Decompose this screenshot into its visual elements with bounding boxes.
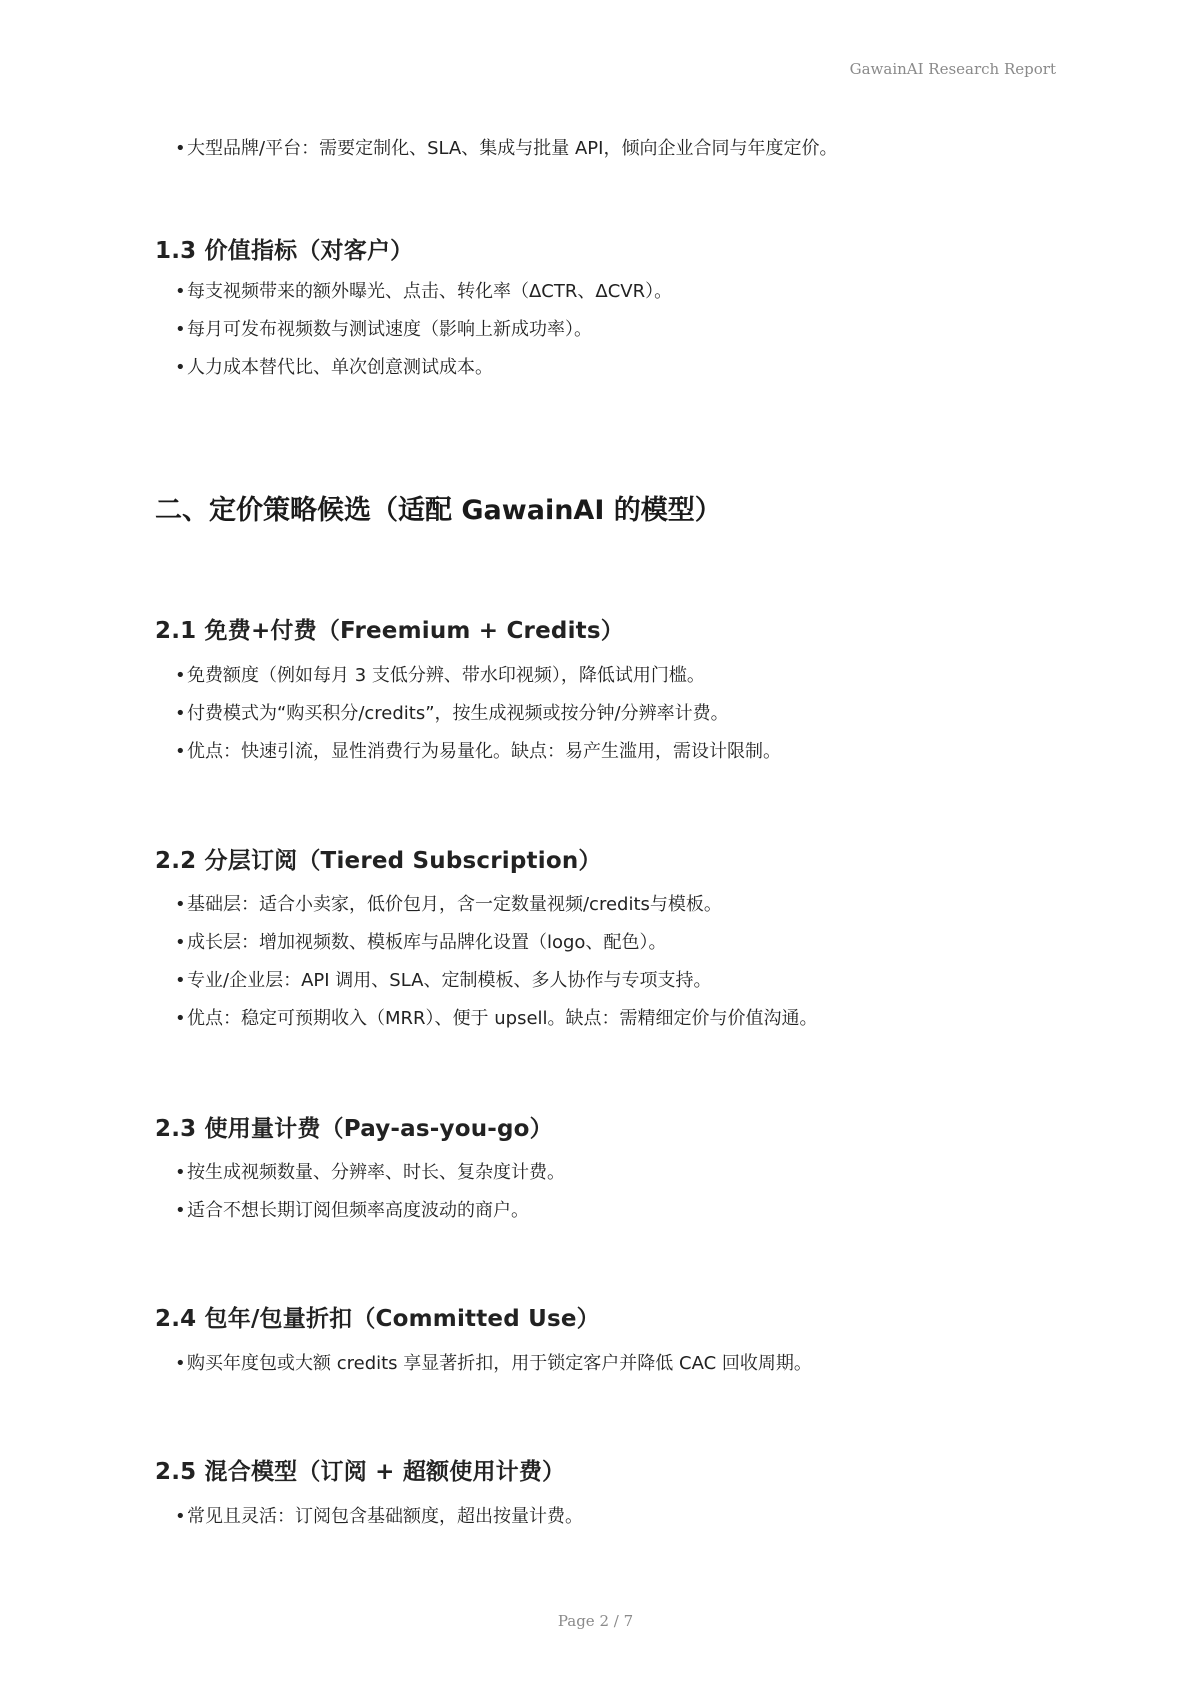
list-item: •成长层：增加视频数、模板库与品牌化设置（logo、配色）。 <box>155 924 1055 962</box>
bullet-icon: • <box>175 1345 187 1383</box>
section-2-3-list: •按生成视频数量、分辨率、时长、复杂度计费。 •适合不想长期订阅但频率高度波动的… <box>155 1154 1055 1230</box>
list-item: •常见且灵活：订阅包含基础额度，超出按量计费。 <box>155 1498 1055 1536</box>
page-number: Page 2 / 7 <box>0 1612 1191 1630</box>
list-item: •付费模式为“购买积分/credits”，按生成视频或按分钟/分辨率计费。 <box>155 695 1055 733</box>
bullet-icon: • <box>175 733 187 771</box>
section-2-1-list: •免费额度（例如每月 3 支低分辨、带水印视频），降低试用门槛。 •付费模式为“… <box>155 657 1055 771</box>
list-item: •人力成本替代比、单次创意测试成本。 <box>155 349 1055 387</box>
list-item: •每月可发布视频数与测试速度（影响上新成功率）。 <box>155 311 1055 349</box>
chapter-heading-2: 二、定价策略候选（适配 GawainAI 的模型） <box>155 488 1055 527</box>
list-item: •免费额度（例如每月 3 支低分辨、带水印视频），降低试用门槛。 <box>155 657 1055 695</box>
bullet-icon: • <box>175 695 187 733</box>
bullet-icon: • <box>175 1192 187 1230</box>
section-heading-2-2: 2.2 分层订阅（Tiered Subscription） <box>155 842 1055 875</box>
bullet-icon: • <box>175 311 187 349</box>
list-item: •按生成视频数量、分辨率、时长、复杂度计费。 <box>155 1154 1055 1192</box>
bullet-icon: • <box>175 130 187 168</box>
bullet-icon: • <box>175 1498 187 1536</box>
section-heading-2-3: 2.3 使用量计费（Pay-as-you-go） <box>155 1110 1055 1143</box>
section-1-3-list: •每支视频带来的额外曝光、点击、转化率（ΔCTR、ΔCVR）。 •每月可发布视频… <box>155 273 1055 387</box>
list-item: •优点：稳定可预期收入（MRR）、便于 upsell。缺点：需精细定价与价值沟通… <box>155 1000 1055 1038</box>
bullet-icon: • <box>175 1000 187 1038</box>
bullet-icon: • <box>175 924 187 962</box>
intro-list: •大型品牌/平台：需要定制化、SLA、集成与批量 API，倾向企业合同与年度定价… <box>155 130 1055 168</box>
section-2-4-list: •购买年度包或大额 credits 享显著折扣，用于锁定客户并降低 CAC 回收… <box>155 1345 1055 1383</box>
list-item: •每支视频带来的额外曝光、点击、转化率（ΔCTR、ΔCVR）。 <box>155 273 1055 311</box>
section-heading-1-3: 1.3 价值指标（对客户） <box>155 232 1055 265</box>
list-item: •基础层：适合小卖家，低价包月，含一定数量视频/credits与模板。 <box>155 886 1055 924</box>
bullet-icon: • <box>175 886 187 924</box>
bullet-icon: • <box>175 962 187 1000</box>
section-heading-2-5: 2.5 混合模型（订阅 + 超额使用计费） <box>155 1453 1055 1486</box>
section-2-5-list: •常见且灵活：订阅包含基础额度，超出按量计费。 <box>155 1498 1055 1536</box>
list-item: •大型品牌/平台：需要定制化、SLA、集成与批量 API，倾向企业合同与年度定价… <box>155 130 1055 168</box>
bullet-icon: • <box>175 1154 187 1192</box>
bullet-icon: • <box>175 349 187 387</box>
section-heading-2-1: 2.1 免费+付费（Freemium + Credits） <box>155 612 1055 645</box>
section-heading-2-4: 2.4 包年/包量折扣（Committed Use） <box>155 1300 1055 1333</box>
list-item: •购买年度包或大额 credits 享显著折扣，用于锁定客户并降低 CAC 回收… <box>155 1345 1055 1383</box>
bullet-icon: • <box>175 657 187 695</box>
running-header: GawainAI Research Report <box>850 60 1056 78</box>
list-item: •专业/企业层：API 调用、SLA、定制模板、多人协作与专项支持。 <box>155 962 1055 1000</box>
section-2-2-list: •基础层：适合小卖家，低价包月，含一定数量视频/credits与模板。 •成长层… <box>155 886 1055 1038</box>
bullet-icon: • <box>175 273 187 311</box>
list-item: •优点：快速引流，显性消费行为易量化。缺点：易产生滥用，需设计限制。 <box>155 733 1055 771</box>
list-item: •适合不想长期订阅但频率高度波动的商户。 <box>155 1192 1055 1230</box>
